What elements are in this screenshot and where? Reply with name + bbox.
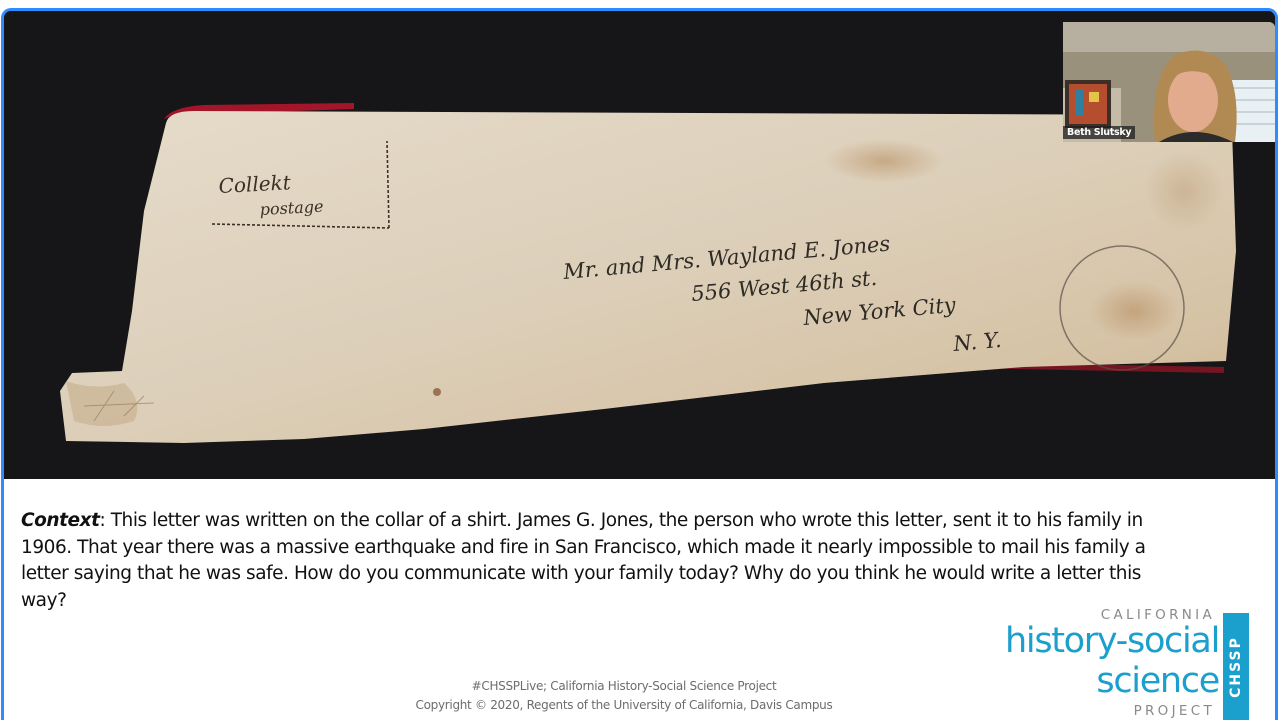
chssp-logo: CALIFORNIA history-social science PROJEC… [993,605,1253,720]
participant-video-feed [1063,22,1275,142]
logo-chssp-badge: CHSSP [1223,613,1249,720]
svg-text:postage: postage [259,197,324,219]
participant-name-tag: Beth Slutsky [1063,126,1135,139]
screen-share-frame: Collekt postage Mr. and Mrs. Wayland E. … [1,8,1278,720]
participant-video-tile[interactable]: Beth Slutsky [1063,22,1275,142]
svg-text:N. Y.: N. Y. [951,328,1002,356]
footer-copyright-line: Copyright © 2020, Regents of the Univers… [324,696,924,715]
slide-footer: #CHSSPLive; California History-Social Sc… [324,677,924,715]
logo-project-text: PROJECT [1134,703,1215,719]
footer-hashtag-line: #CHSSPLive; California History-Social Sc… [324,677,924,696]
svg-text:Collekt: Collekt [218,170,292,198]
context-paragraph: Context: This letter was written on the … [21,508,1181,614]
logo-history-social-text: history-social [1005,621,1219,661]
logo-chssp-text: CHSSP [1228,636,1244,698]
context-label: Context [21,510,99,531]
logo-science-text: science [1096,661,1219,701]
context-body: : This letter was written on the collar … [21,510,1146,611]
